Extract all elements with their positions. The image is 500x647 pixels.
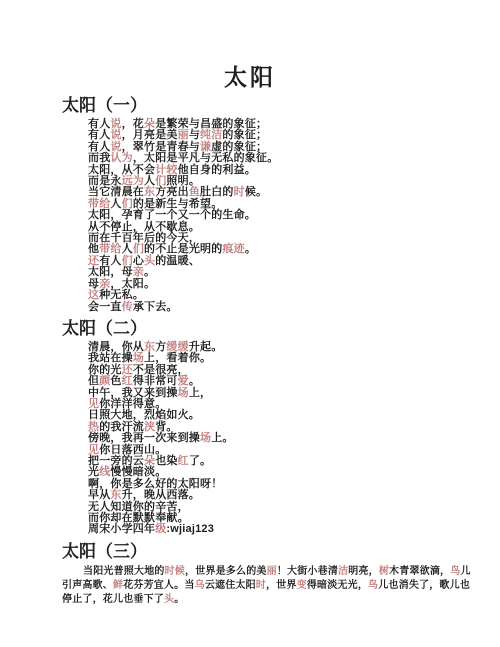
highlighted-text: 东 [110,489,121,501]
plain-text: 慢慢暗淡。 [110,466,166,478]
plain-text: 上， [189,387,211,399]
highlighted-text: 传 [122,301,133,313]
plain-text: 。 [174,594,184,605]
plain-text: 花芬芳宜人。当 [123,580,194,591]
plain-text: 的不止是光明的 [144,243,222,255]
section-3-paragraph: 当阳光普照大地的时候，世界是多么的美丽！大街小巷清洁明亮，树木青翠欲滴，鸟儿引声… [62,565,478,607]
highlighted-text: 痕迹 [222,243,244,255]
plain-text: 母 [88,278,99,290]
highlighted-text: 红 [122,375,133,387]
highlighted-text: 场 [133,352,144,364]
plain-text: 太阳，孕育了一个又一个的生命。 [88,209,256,221]
poem-line: 周宋小学四年级:wjiaj123 [88,524,500,535]
plain-text: 上，看着你。 [144,352,211,364]
plain-text: 了。 [189,455,211,467]
plain-text: 太阳，从不会 [88,164,155,176]
section-2-poem: 清晨，你从东方缓缓升起。我站在操场上，看着你。你的光还不是很亮，但颜色红得非常可… [88,342,500,536]
plain-text: 傍晚，我再一次来到操 [88,432,200,444]
highlighted-text: 说 [110,129,121,141]
plain-text: 而我 [88,152,110,164]
plain-text: 候。 [245,186,267,198]
document-page: 太阳 太阳（一） 有人说，花朵是繁荣与昌盛的象征；有人说，月亮是美丽与纯洁的象征… [0,64,500,607]
highlighted-text: 鱼 [189,186,200,198]
highlighted-text: 浃 [144,421,155,433]
highlighted-text: 亲 [99,278,110,290]
plain-text: 从不停止，从不歇息。 [88,221,200,233]
section-3-heading: 太阳（三） [62,542,500,562]
plain-text: 光 [88,466,99,478]
highlighted-text: 时 [256,580,266,591]
highlighted-text: 树 [379,566,389,577]
highlighted-text: 说 [110,141,121,153]
plain-text: 啊，你是多么好的太阳呀！ [88,478,222,490]
plain-text: ，月亮是美 [122,129,178,141]
plain-text: 。 [189,375,200,387]
plain-text: 他自身的利益。 [178,164,256,176]
plain-text: 明亮， [348,566,379,577]
plain-text: 周宋小学四年 [88,523,155,535]
plain-text: 当它清晨在 [88,186,144,198]
plain-text: 无人知道你的辛苦， [88,501,189,513]
highlighted-text: 颜 [99,375,110,387]
highlighted-text: 鸟 [368,580,378,591]
plain-text: 人 [122,243,133,255]
plain-text: 他 [88,243,99,255]
highlighted-text: 东 [144,186,155,198]
section-sun-3: 太阳（三） 当阳光普照大地的时候，世界是多么的美丽！大街小巷清洁明亮，树木青翠欲… [0,542,500,607]
plain-text: 的温暖、 [155,255,200,267]
section-1-poem: 有人说，花朵是繁荣与昌盛的象征；有人说，月亮是美丽与纯洁的象征；有人说，翠竹是青… [88,119,500,313]
plain-text: 有人 [88,141,110,153]
plain-text: 与 [189,129,200,141]
plain-text: 我站在操 [88,352,133,364]
plain-text: 的象征； [222,129,267,141]
plain-text: 。 [144,266,155,278]
plain-text: 背。 [155,421,177,433]
plain-text: 得暗淡无光， [307,580,368,591]
highlighted-text: 场 [178,387,189,399]
plain-text: 有人 [88,129,110,141]
plain-text: 你日落西山。 [99,444,166,456]
highlighted-text: 丽 [178,129,189,141]
highlighted-text: 变 [297,580,307,591]
highlighted-text: 爱 [178,375,189,387]
highlighted-text: 带给 [99,243,121,255]
highlighted-text: 这 [88,289,99,301]
plain-text: 木青翠欲滴， [389,566,450,577]
highlighted-text: 认为 [110,152,132,164]
highlighted-text: 亲 [133,266,144,278]
highlighted-text: 时候 [165,566,185,577]
plain-text: ，太阳是平凡与无私的象征。 [133,152,279,164]
plain-text: ，世界是多么的美 [185,566,267,577]
highlighted-text: 鲜 [113,580,123,591]
plain-text: 色 [110,375,121,387]
highlighted-text: 乌 [195,580,205,591]
section-sun-1: 太阳（一） 有人说，花朵是繁荣与昌盛的象征；有人说，月亮是美丽与纯洁的象征；有人… [0,96,500,313]
plain-text: 当阳光普照大地的 [83,566,165,577]
section-sun-2: 太阳（二） 清晨，你从东方缓缓升起。我站在操场上，看着你。你的光还不是很亮，但颜… [0,319,500,536]
plain-text: 日照大地，烈焰如火。 [88,409,200,421]
plain-text: 的我汗流 [99,421,144,433]
highlighted-text: 线 [99,466,110,478]
plain-text: ，太阳。 [110,278,155,290]
poem-line: 母亲，太阳。 [88,279,500,290]
plain-text: 云遮住太阳 [205,580,256,591]
plain-text: 方亮出 [155,186,189,198]
highlighted-text: 计较 [155,164,177,176]
highlighted-text: 级 [155,523,166,535]
highlighted-text: 谦 [200,141,211,153]
plain-text: 上。 [211,432,233,444]
highlighted-text: 红 [178,455,189,467]
plain-text: 。 [245,243,256,255]
plain-text: ！大街小巷清 [277,566,338,577]
plain-text: :wjiaj123 [166,523,214,535]
highlighted-text: 还 [122,364,133,376]
plain-text: 但 [88,375,99,387]
highlighted-text: 洁 [338,566,348,577]
plain-text: 得非常可 [133,375,178,387]
plain-text: 承下去。 [133,301,178,313]
plain-text: 你的光 [88,364,122,376]
highlighted-text: 纯洁 [200,129,222,141]
highlighted-text: 见 [88,444,99,456]
highlighted-text: 丽 [267,566,277,577]
plain-text: ，翠竹是青春与 [122,141,200,153]
plain-text: 早从 [88,489,110,501]
doc-title: 太阳 [0,64,500,90]
plain-text: 中午，我又来到操 [88,387,178,399]
plain-text: 会一直 [88,301,122,313]
highlighted-text: 们 [133,243,144,255]
plain-text: 太阳，母 [88,266,133,278]
plain-text: 升，晚从西落。 [122,489,200,501]
section-2-heading: 太阳（二） [62,319,500,339]
plain-text: 不是很亮， [133,364,189,376]
plain-text: 肚白的 [200,186,234,198]
highlighted-text: 热 [88,421,99,433]
highlighted-text: 鸟 [450,566,460,577]
highlighted-text: 头 [164,594,174,605]
plain-text: ，世界 [266,580,297,591]
poem-line: 会一直传承下去。 [88,302,500,313]
section-1-heading: 太阳（一） [62,96,500,116]
highlighted-text: 场 [200,432,211,444]
plain-text: 种无私。 [99,289,144,301]
plain-text: 虚的象征； [211,141,267,153]
highlighted-text: 时 [234,186,245,198]
